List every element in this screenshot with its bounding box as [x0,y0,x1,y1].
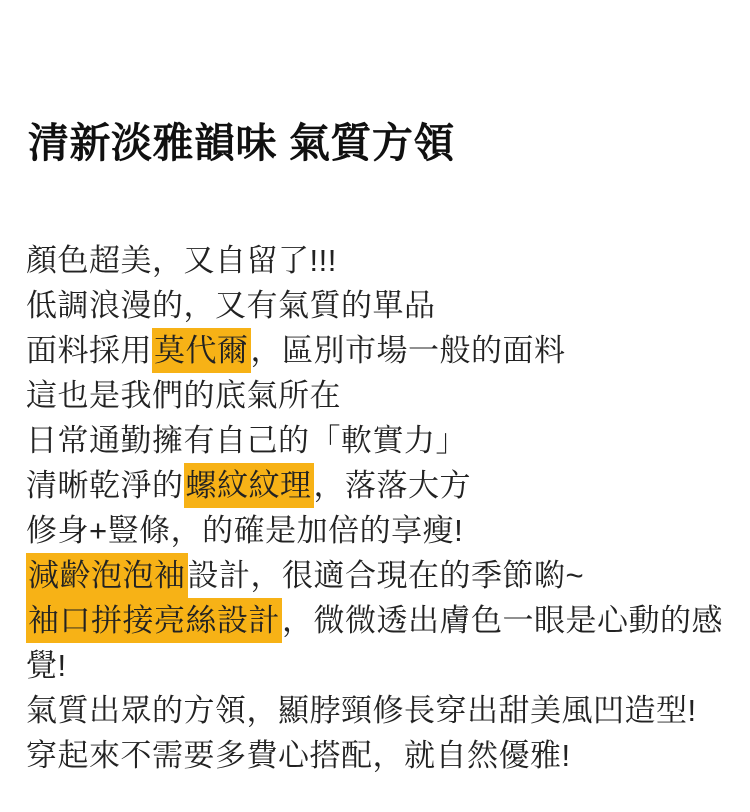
text-segment: ，落落大方 [314,468,472,503]
highlighted-text: 減齡泡泡袖 [26,553,188,598]
text-segment: 修身+豎條，的確是加倍的享瘦! [26,513,463,548]
product-description-page: 清新淡雅韻味 氣質方領 顏色超美，又自留了!!!低調浪漫的，又有氣質的單品面料採… [0,0,750,812]
text-line: 顏色超美，又自留了!!! [26,238,744,283]
description-lines: 顏色超美，又自留了!!!低調浪漫的，又有氣質的單品面料採用莫代爾，區別市場一般的… [26,238,744,778]
text-line: 低調浪漫的，又有氣質的單品 [26,283,744,328]
text-segment: 設計，很適合現在的季節喲~ [188,558,585,593]
text-segment: 低調浪漫的，又有氣質的單品 [26,288,436,323]
text-line: 覺! [26,643,744,688]
text-segment: ，區別市場一般的面料 [251,333,566,368]
highlighted-text: 螺紋紋理 [184,463,314,508]
highlighted-text: 莫代爾 [152,328,251,373]
text-line: 日常通勤擁有自己的「軟實力」 [26,418,744,463]
text-segment: 面料採用 [26,333,152,368]
text-segment: 穿起來不需要多費心搭配，就自然優雅! [26,738,571,773]
text-line: 修身+豎條，的確是加倍的享瘦! [26,508,744,553]
text-line: 清晰乾淨的螺紋紋理，落落大方 [26,463,744,508]
text-segment: 這也是我們的底氣所在 [26,378,341,413]
text-line: 穿起來不需要多費心搭配，就自然優雅! [26,733,744,778]
text-line: 氣質出眾的方領，顯脖頸修長穿出甜美風凹造型! [26,688,744,733]
text-segment: 顏色超美，又自留了!!! [26,243,337,278]
text-segment: 日常通勤擁有自己的「軟實力」 [26,423,467,458]
text-segment: ，微微透出膚色一眼是心動的感 [282,603,723,638]
text-line: 減齡泡泡袖設計，很適合現在的季節喲~ [26,553,744,598]
text-segment: 清晰乾淨的 [26,468,184,503]
text-line: 袖口拼接亮絲設計，微微透出膚色一眼是心動的感 [26,598,744,643]
page-title: 清新淡雅韻味 氣質方領 [28,120,455,167]
highlighted-text: 袖口拼接亮絲設計 [26,598,282,643]
text-line: 面料採用莫代爾，區別市場一般的面料 [26,328,744,373]
text-line: 這也是我們的底氣所在 [26,373,744,418]
text-segment: 覺! [26,648,67,683]
text-segment: 氣質出眾的方領，顯脖頸修長穿出甜美風凹造型! [26,693,697,728]
